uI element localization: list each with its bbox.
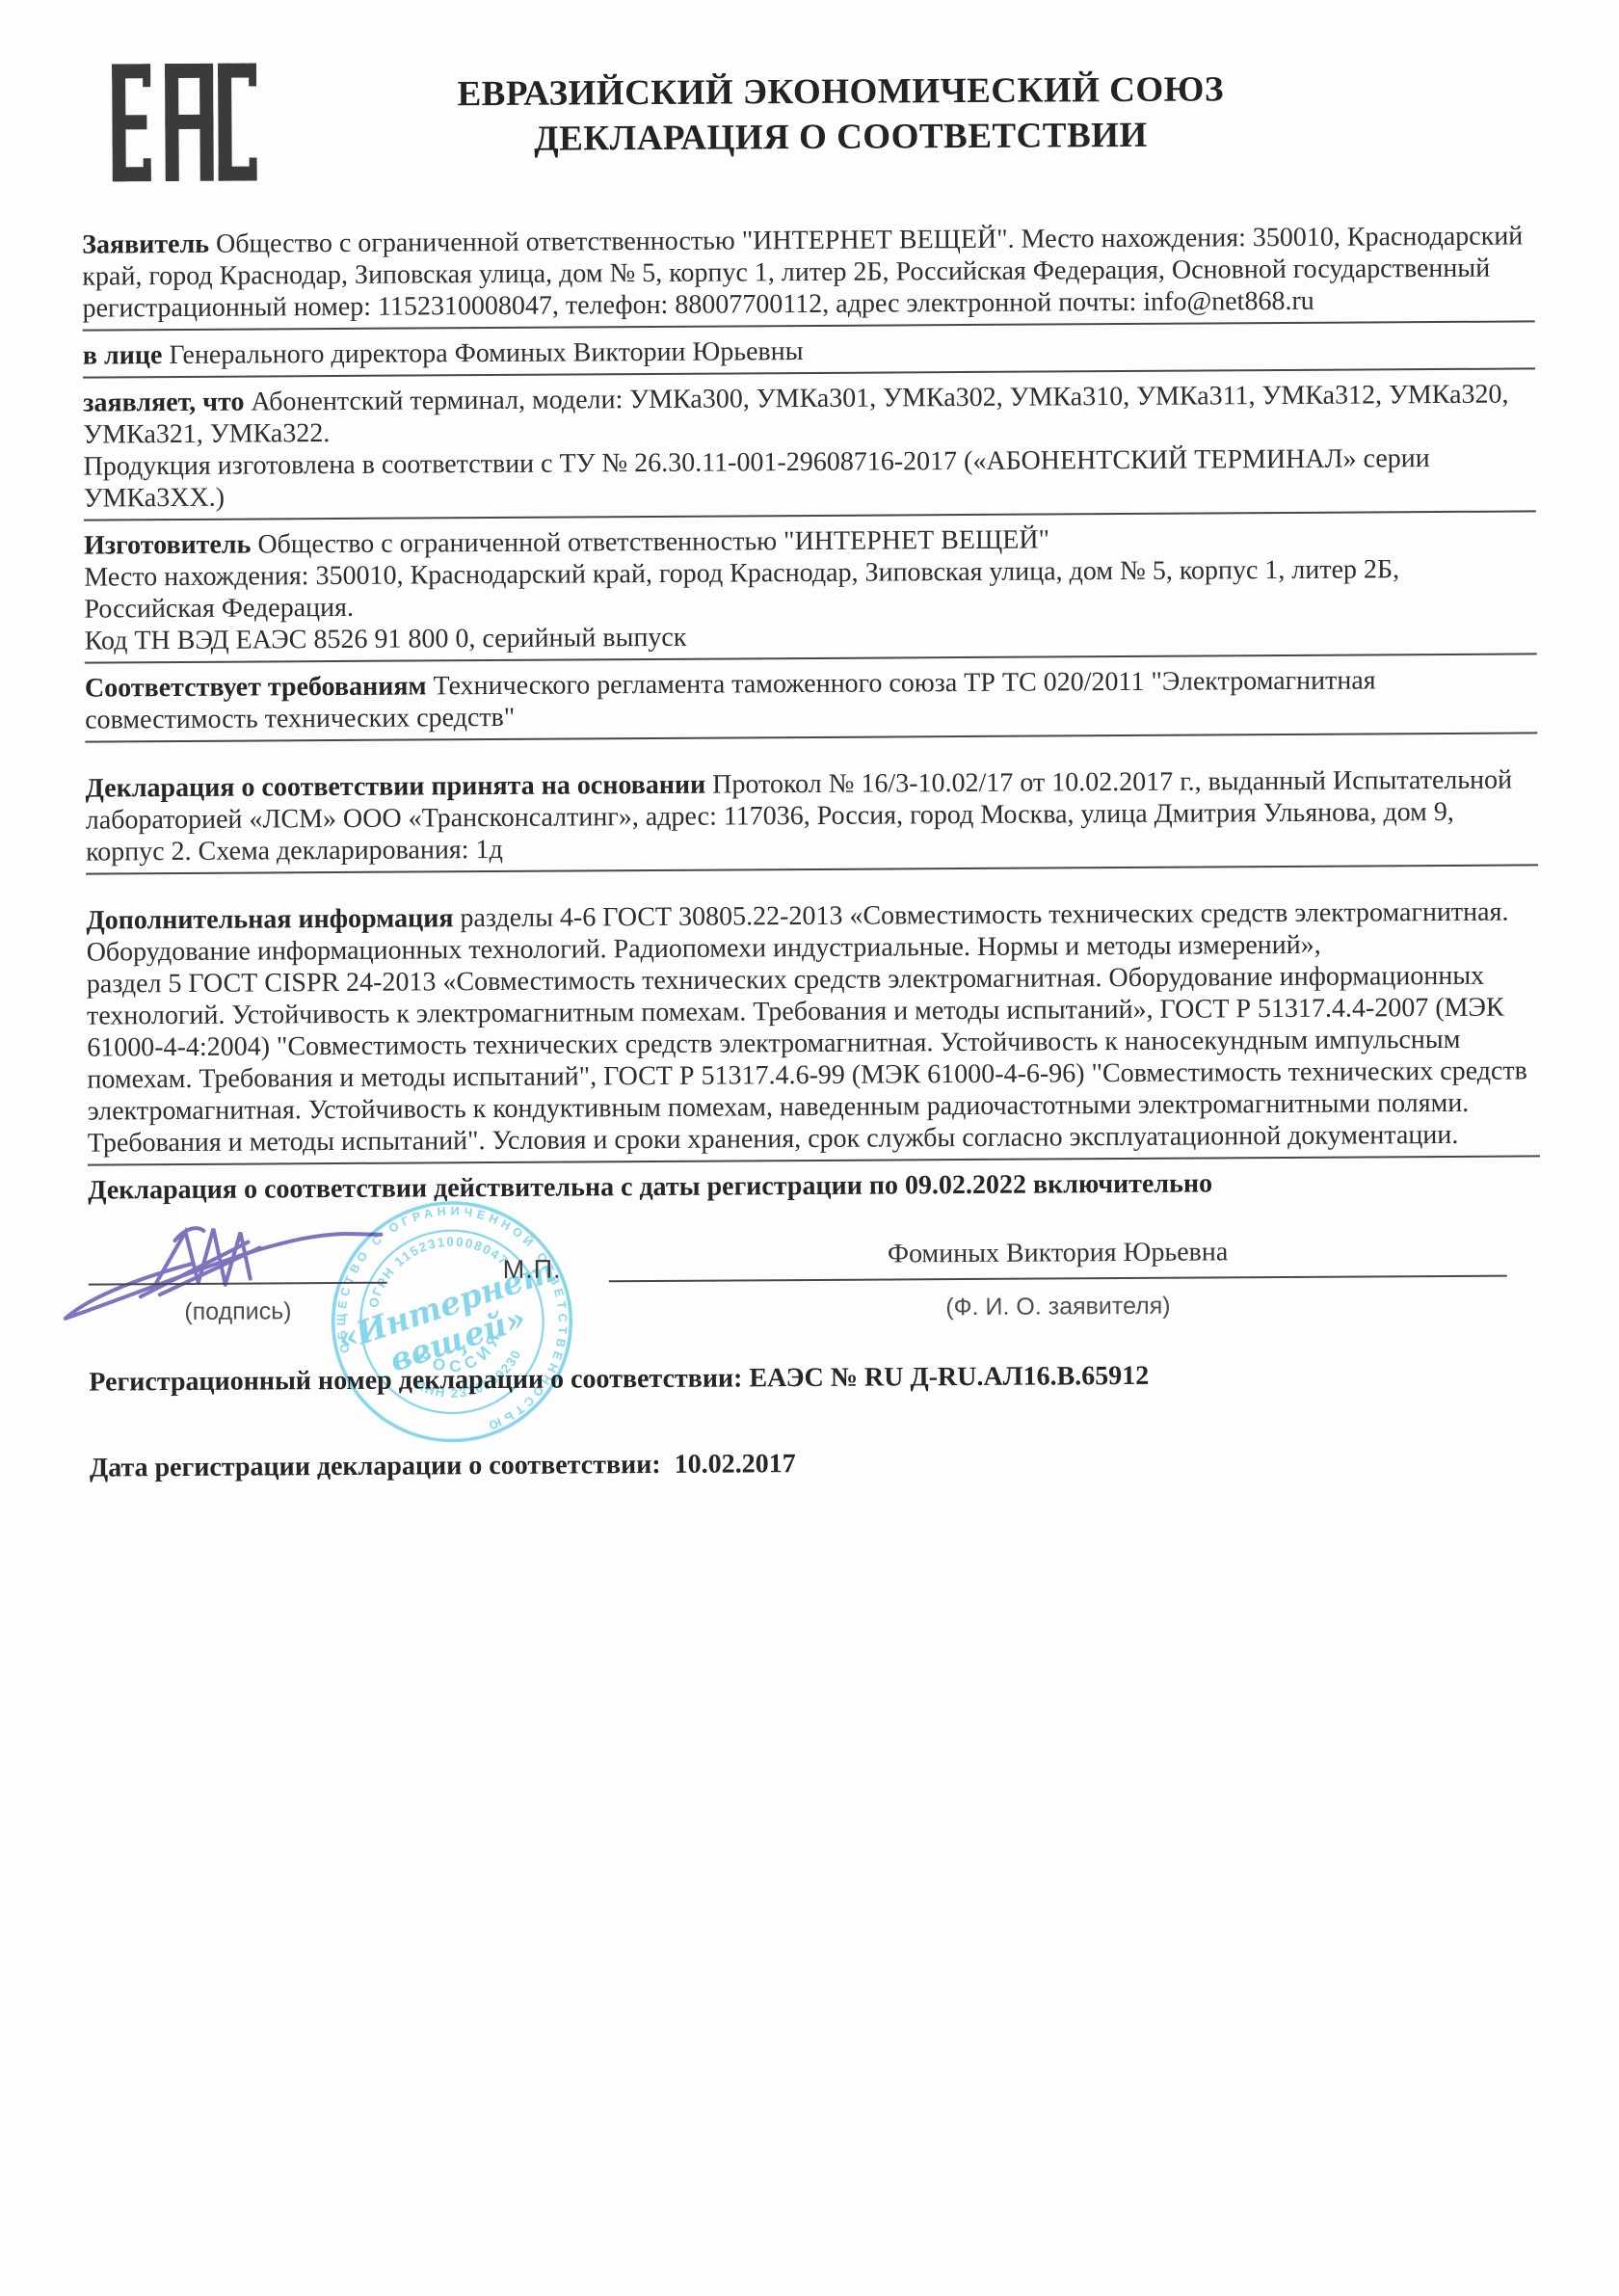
declaration-document: ЕВРАЗИЙСКИЙ ЭКОНОМИЧЕСКИЙ СОЮЗ ДЕКЛАРАЦИ… [0,0,1619,2296]
declares-paragraph: заявляет, что Абонентский терминал, моде… [83,378,1535,450]
registration-date-label: Дата регистрации декларации о соответств… [90,1450,661,1483]
person-text: Генерального директора Фоминых Виктории … [169,336,803,370]
applicant-text: Общество с ограниченной ответственностью… [82,221,1523,323]
additional-text-2: раздел 5 ГОСТ CISPR 24-2013 «Совместимос… [87,959,1540,1159]
registration-date-value: 10.02.2017 [675,1449,796,1480]
registration-number-value: ЕАЭС № RU Д-RU.АЛ16.В.65912 [749,1361,1149,1394]
manufacturer-label: Изготовитель [84,530,252,561]
person-paragraph: в лице Генерального директора Фоминых Ви… [83,331,1535,371]
spacer [89,1389,1541,1452]
manufacturer-address: Место нахождения: 350010, Краснодарский … [84,552,1536,625]
applicant-label: Заявитель [82,229,209,260]
complies-label: Соответствует требованиям [85,671,427,703]
stamp-place-label: М.П. [503,1254,562,1286]
declares-label: заявляет, что [83,387,244,418]
signature-block: ОБЩЕСТВО С ОГРАНИЧЕННОЙ ОТВЕТСТВЕННОСТЬЮ… [88,1197,1541,1366]
applicant-paragraph: Заявитель Общество с ограниченной ответс… [82,220,1535,324]
fio-caption: (Ф. И. О. заявителя) [609,1289,1507,1326]
basis-label: Декларация о соответствии принята на осн… [86,770,706,804]
document-body: Заявитель Общество с ограниченной ответс… [0,0,1619,1484]
declares-production-text: Продукция изготовлена в соответствии с Т… [83,441,1535,514]
declares-text: Абонентский терминал, модели: УМКа300, У… [83,380,1508,450]
additional-label: Дополнительная информация [86,903,453,935]
basis-paragraph: Декларация о соответствии принята на осн… [86,763,1539,868]
signature-caption: (подпись) [118,1295,358,1329]
applicant-fio-name: Фоминых Виктория Юрьевна [608,1235,1506,1272]
complies-paragraph: Соответствует требованиям Технического р… [85,663,1537,735]
fio-line [609,1275,1507,1283]
round-stamp: ОБЩЕСТВО С ОГРАНИЧЕННОЙ ОТВЕТСТВЕННОСТЬЮ… [322,1191,582,1452]
additional-paragraph: Дополнительная информация разделы 4-6 ГО… [86,895,1538,968]
manufacturer-text: Общество с ограниченной ответственностью… [257,524,1049,559]
person-label: в лице [83,340,163,371]
